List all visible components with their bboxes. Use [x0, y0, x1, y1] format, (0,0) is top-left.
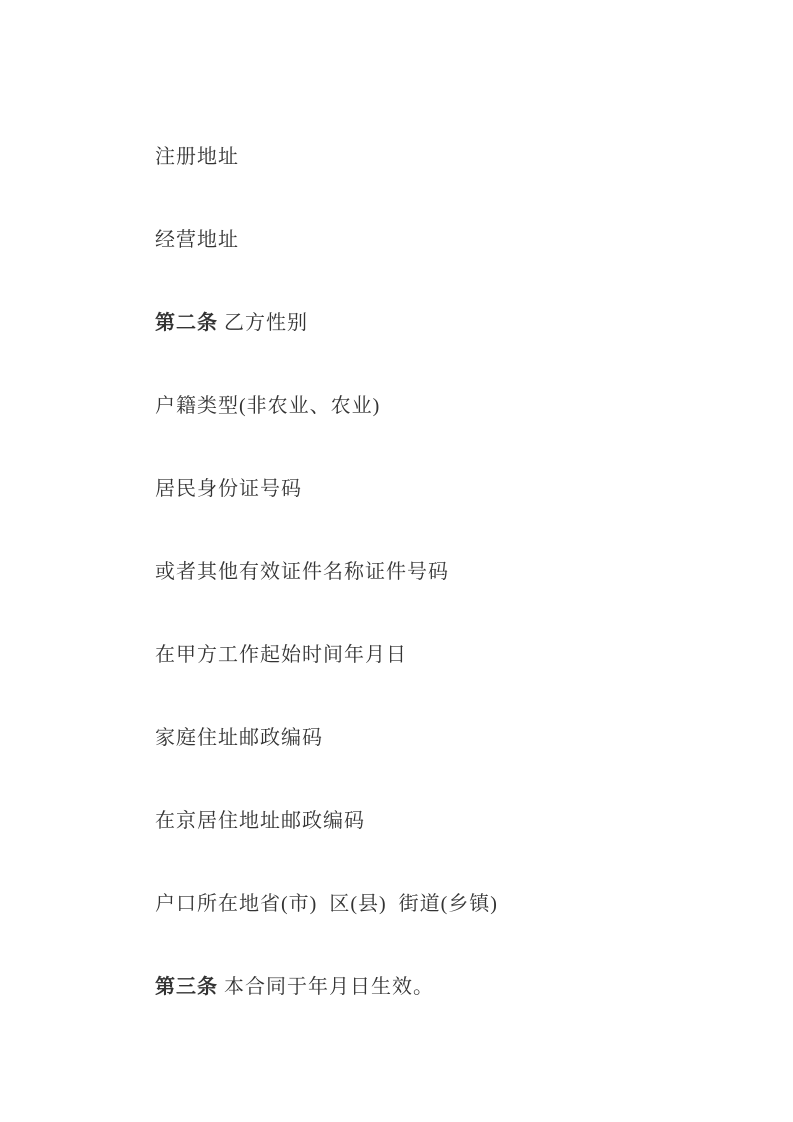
paragraph-household-registration-location: 户口所在地省(市) 区(县) 街道(乡镇) [155, 893, 713, 915]
paragraph-clause-3-effective-date: 第三条 本合同于年月日生效。 [155, 976, 713, 998]
paragraph-text: 经营地址 [155, 229, 239, 251]
paragraph-text: 本合同于年月日生效。 [218, 976, 434, 998]
paragraph-id-number: 居民身份证号码 [155, 478, 713, 500]
clause-label: 第二条 [155, 312, 218, 334]
paragraph-text: 家庭住址邮政编码 [155, 727, 323, 749]
paragraph-text: 在甲方工作起始时间年月日 [155, 644, 407, 666]
paragraph-text: 户口所在地省(市) 区(县) 街道(乡镇) [155, 893, 498, 915]
clause-label: 第三条 [155, 976, 218, 998]
paragraph-text: 居民身份证号码 [155, 478, 302, 500]
paragraph-text: 户籍类型(非农业、农业) [155, 395, 380, 417]
paragraph-home-address-postcode: 家庭住址邮政编码 [155, 727, 713, 749]
paragraph-other-certificate: 或者其他有效证件名称证件号码 [155, 561, 713, 583]
document-page: 注册地址 经营地址 第二条 乙方性别 户籍类型(非农业、农业) 居民身份证号码 … [0, 0, 793, 1122]
paragraph-text: 注册地址 [155, 146, 239, 168]
paragraph-registered-address: 注册地址 [155, 146, 713, 168]
paragraph-text: 或者其他有效证件名称证件号码 [155, 561, 449, 583]
paragraph-work-start-date: 在甲方工作起始时间年月日 [155, 644, 713, 666]
paragraph-beijing-residence-postcode: 在京居住地址邮政编码 [155, 810, 713, 832]
paragraph-household-type: 户籍类型(非农业、农业) [155, 395, 713, 417]
paragraph-text: 乙方性别 [218, 312, 308, 334]
paragraph-clause-2-gender: 第二条 乙方性别 [155, 312, 713, 334]
paragraph-business-address: 经营地址 [155, 229, 713, 251]
paragraph-text: 在京居住地址邮政编码 [155, 810, 365, 832]
